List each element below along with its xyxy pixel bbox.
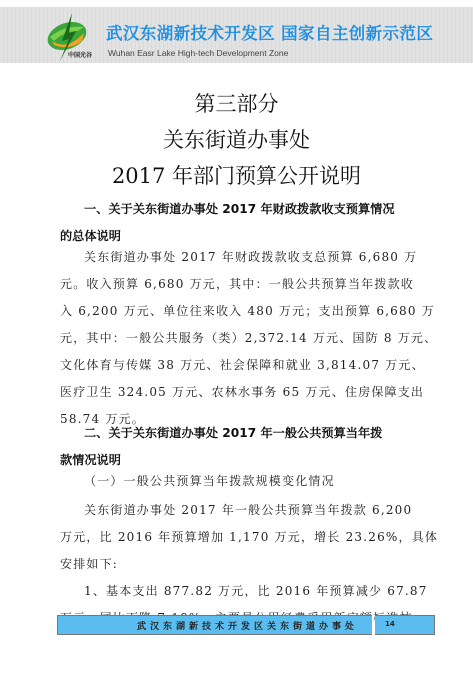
part-title: 第三部分	[0, 88, 473, 118]
paragraph-line: 元。收入预算 6,680 万元，其中：一般公共预算当年拨款收	[60, 271, 420, 298]
section2-body: 关东街道办事处 2017 年一般公共预算当年拨款 6,200 万元，比 2016…	[60, 497, 420, 632]
footer-bar: 武汉东湖新技术开发区关东街道办事处	[57, 615, 372, 635]
paragraph-line: 安排如下:	[60, 551, 420, 578]
paragraph-line: 关东街道办事处 2017 年一般公共预算当年拨款 6,200	[60, 497, 420, 524]
paragraph-line: 元，其中：一般公共服务（类）2,372.14 万元、国防 8 万元、	[60, 325, 420, 352]
page-number: 14	[375, 620, 434, 628]
header-banner: 中国光谷 武汉东湖新技术开发区 国家自主创新示范区 Wuhan Easr Lak…	[0, 7, 473, 63]
section1-heading-line: 一、关于关东街道办事处 2017 年财政拨款收支预算情况	[60, 196, 420, 223]
section1-heading: 一、关于关东街道办事处 2017 年财政拨款收支预算情况 的总体说明	[60, 196, 420, 250]
svg-text:中国光谷: 中国光谷	[68, 51, 92, 59]
paragraph-line: 关东街道办事处 2017 年财政拨款收支总预算 6,680 万	[60, 244, 420, 271]
paragraph-line: 医疗卫生 324.05 万元、农林水事务 65 万元、住房保障支出	[60, 379, 420, 406]
footer-text: 武汉东湖新技术开发区关东街道办事处	[58, 619, 372, 632]
section2-sub-heading: （一）一般公共预算当年拨款规模变化情况	[60, 468, 420, 495]
section2-heading-line: 二、关于关东街道办事处 2017 年一般公共预算当年拨	[60, 420, 420, 447]
unit-title: 关东街道办事处	[0, 124, 473, 154]
section2-heading: 二、关于关东街道办事处 2017 年一般公共预算当年拨 款情况说明	[60, 420, 420, 474]
banner-title: 武汉东湖新技术开发区 国家自主创新示范区	[106, 20, 433, 44]
section1-body: 关东街道办事处 2017 年财政拨款收支总预算 6,680 万 元。收入预算 6…	[60, 244, 420, 433]
sub-heading-line: （一）一般公共预算当年拨款规模变化情况	[60, 468, 420, 495]
page-number-box: 14	[375, 615, 435, 635]
banner-subtitle: Wuhan Easr Lake High-tech Development Zo…	[108, 48, 288, 58]
doc-title: 2017 年部门预算公开说明	[0, 160, 473, 190]
optics-valley-logo-icon: 中国光谷	[42, 11, 92, 63]
paragraph-line: 万元，比 2016 年预算增加 1,170 万元，增长 23.26%，具体	[60, 524, 420, 551]
paragraph-line: 入 6,200 万元、单位往来收入 480 万元；支出预算 6,680 万	[60, 298, 420, 325]
paragraph-line: 文化体育与传媒 38 万元、社会保障和就业 3,814.07 万元、	[60, 352, 420, 379]
paragraph-line: 1、基本支出 877.82 万元，比 2016 年预算减少 67.87	[60, 578, 420, 605]
